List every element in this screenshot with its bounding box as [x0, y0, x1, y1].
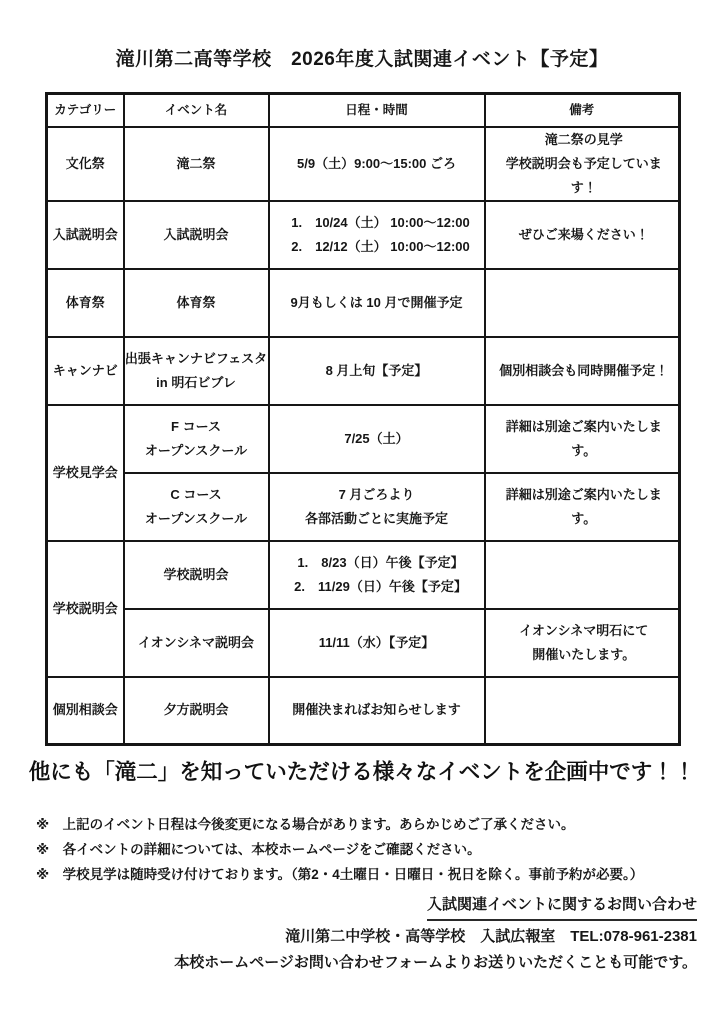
event-cell: 夕方説明会	[124, 677, 269, 745]
header-category: カテゴリー	[47, 94, 124, 127]
table-row: C コース オープンスクール 7 月ごろより 各部活動ごとに実施予定 詳細は別途…	[47, 473, 680, 541]
events-table: カテゴリー イベント名 日程・時間 備考 文化祭 滝二祭 5/9（土）9:00～…	[45, 92, 681, 746]
contact-form-line: 本校ホームページお問い合わせフォームよりお送りいただくことも可能です。	[174, 950, 697, 976]
table-header-row: カテゴリー イベント名 日程・時間 備考	[47, 94, 680, 127]
category-cell: 体育祭	[47, 269, 124, 337]
schedule-cell: 7/25（土）	[269, 405, 485, 473]
event-cell: F コース オープンスクール	[124, 405, 269, 473]
table-row: キャンナビ 出張キャンナビフェスタ in 明石ビブレ 8 月上旬【予定】 個別相…	[47, 337, 680, 405]
event-cell: イオンシネマ説明会	[124, 609, 269, 677]
note-cell: 詳細は別途ご案内いたします。	[485, 473, 680, 541]
note-line: ※ 各イベントの詳細については、本校ホームページをご確認ください。	[36, 837, 643, 862]
event-cell: 滝二祭	[124, 127, 269, 201]
banner-text: 他にも「滝二」を知っていただける様々なイベントを企画中です！！	[0, 755, 724, 786]
event-cell: 体育祭	[124, 269, 269, 337]
schedule-cell: 5/9（土）9:00～15:00 ごろ	[269, 127, 485, 201]
event-cell: 入試説明会	[124, 201, 269, 269]
notes-section: ※ 上記のイベント日程は今後変更になる場合があります。あらかじめご了承ください。…	[36, 812, 643, 887]
table-row: 学校見学会 F コース オープンスクール 7/25（土） 詳細は別途ご案内いたし…	[47, 405, 680, 473]
note-cell	[485, 541, 680, 609]
event-cell: 出張キャンナビフェスタ in 明石ビブレ	[124, 337, 269, 405]
schedule-cell: 9月もしくは 10 月で開催予定	[269, 269, 485, 337]
schedule-cell: 11/11（水）【予定】	[269, 609, 485, 677]
note-cell: イオンシネマ明石にて 開催いたします。	[485, 609, 680, 677]
header-schedule: 日程・時間	[269, 94, 485, 127]
note-cell: ぜひご来場ください！	[485, 201, 680, 269]
note-cell	[485, 269, 680, 337]
contact-section: 入試関連イベントに関するお問い合わせ 滝川第二中学校・高等学校 入試広報室 TE…	[174, 892, 697, 976]
schedule-cell: 8 月上旬【予定】	[269, 337, 485, 405]
category-cell: 個別相談会	[47, 677, 124, 745]
note-cell	[485, 677, 680, 745]
header-event-name: イベント名	[124, 94, 269, 127]
event-cell: 学校説明会	[124, 541, 269, 609]
table-row: 文化祭 滝二祭 5/9（土）9:00～15:00 ごろ 滝二祭の見学 学校説明会…	[47, 127, 680, 201]
schedule-cell: 開催決まればお知らせします	[269, 677, 485, 745]
page-title: 滝川第二高等学校 2026年度入試関連イベント【予定】	[0, 44, 724, 71]
contact-heading: 入試関連イベントに関するお問い合わせ	[427, 892, 697, 921]
schedule-cell: 1. 10/24（土） 10:00～12:00 2. 12/12（土） 10:0…	[269, 201, 485, 269]
category-cell: 入試説明会	[47, 201, 124, 269]
note-cell: 滝二祭の見学 学校説明会も予定しています！	[485, 127, 680, 201]
document-page: 滝川第二高等学校 2026年度入試関連イベント【予定】 カテゴリー イベント名 …	[0, 0, 724, 1024]
schedule-cell: 1. 8/23（日）午後【予定】 2. 11/29（日）午後【予定】	[269, 541, 485, 609]
note-line: ※ 上記のイベント日程は今後変更になる場合があります。あらかじめご了承ください。	[36, 812, 643, 837]
category-cell: キャンナビ	[47, 337, 124, 405]
header-remarks: 備考	[485, 94, 680, 127]
table-row: 入試説明会 入試説明会 1. 10/24（土） 10:00～12:00 2. 1…	[47, 201, 680, 269]
schedule-cell: 7 月ごろより 各部活動ごとに実施予定	[269, 473, 485, 541]
note-cell: 個別相談会も同時開催予定！	[485, 337, 680, 405]
contact-phone-line: 滝川第二中学校・高等学校 入試広報室 TEL:078-961-2381	[174, 924, 697, 950]
table-row: イオンシネマ説明会 11/11（水）【予定】 イオンシネマ明石にて 開催いたしま…	[47, 609, 680, 677]
table-row: 個別相談会 夕方説明会 開催決まればお知らせします	[47, 677, 680, 745]
category-cell: 文化祭	[47, 127, 124, 201]
category-cell: 学校説明会	[47, 541, 124, 677]
table-row: 体育祭 体育祭 9月もしくは 10 月で開催予定	[47, 269, 680, 337]
note-cell: 詳細は別途ご案内いたします。	[485, 405, 680, 473]
note-line: ※ 学校見学は随時受け付けております。（第2・4土曜日・日曜日・祝日を除く。事前…	[36, 862, 643, 887]
table-row: 学校説明会 学校説明会 1. 8/23（日）午後【予定】 2. 11/29（日）…	[47, 541, 680, 609]
category-cell: 学校見学会	[47, 405, 124, 541]
event-cell: C コース オープンスクール	[124, 473, 269, 541]
